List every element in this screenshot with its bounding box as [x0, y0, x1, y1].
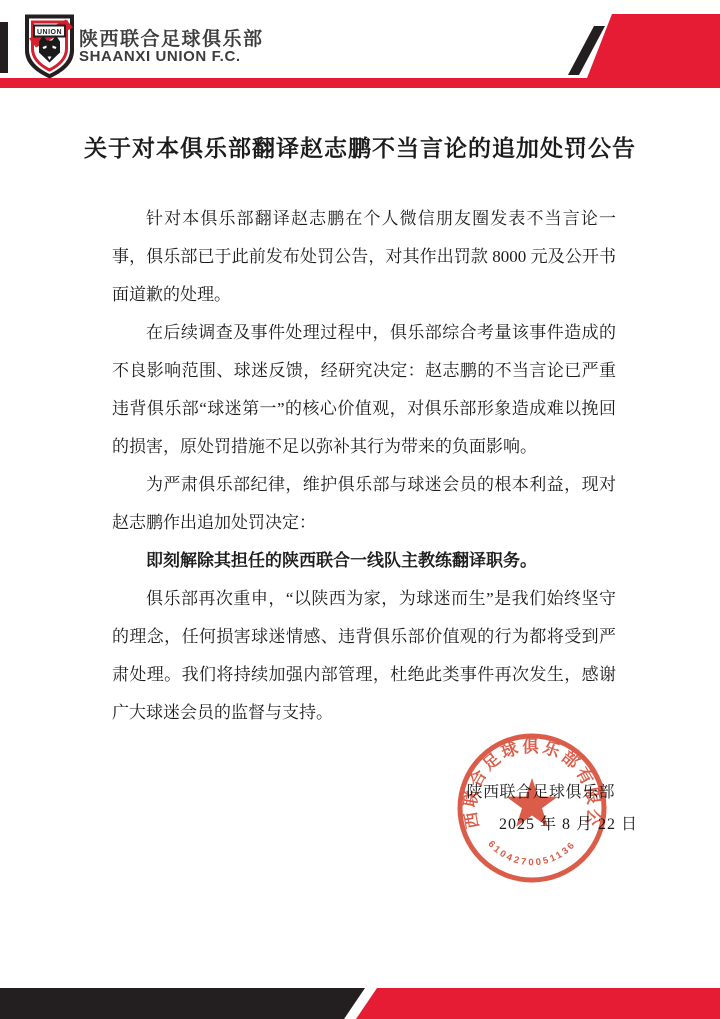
- footer-red-diagonal: [356, 988, 720, 1019]
- seal-star-icon: [506, 778, 557, 827]
- announcement-title: 关于对本俱乐部翻译赵志鹏不当言论的追加处罚公告: [0, 130, 720, 163]
- crest-banner-text: UNION: [37, 29, 62, 36]
- paragraph-2: 在后续调查及事件处理过程中，俱乐部综合考量该事件造成的不良影响范围、球迷反馈，经…: [112, 314, 616, 466]
- header-red-bar: [0, 78, 720, 88]
- resolution-statement: 即刻解除其担任的陕西联合一线队主教练翻译职务。: [112, 542, 616, 580]
- club-name-english: SHAANXI UNION F.C.: [79, 48, 241, 65]
- club-name-chinese: 陕西联合足球俱乐部: [79, 24, 264, 51]
- left-black-tab: [0, 22, 8, 73]
- seal-number-text: 6104270051136: [485, 839, 578, 868]
- announcement-body: 针对本俱乐部翻译赵志鹏在个人微信朋友圈发表不当言论一事，俱乐部已于此前发布处罚公…: [112, 200, 616, 732]
- announcement-page: UNION 陕西联合足球俱乐部 SHAANXI UNION F.C. 关于对本俱…: [0, 0, 720, 1019]
- official-seal-stamp: 陕西联合足球俱乐部有限公司 6104270051136: [447, 723, 617, 893]
- paragraph-3: 为严肃俱乐部纪律，维护俱乐部与球迷会员的根本利益，现对赵志鹏作出追加处罚决定：: [112, 466, 616, 542]
- header-red-diagonal: [587, 14, 720, 78]
- club-crest-logo: UNION: [22, 12, 77, 80]
- paragraph-1: 针对本俱乐部翻译赵志鹏在个人微信朋友圈发表不当言论一事，俱乐部已于此前发布处罚公…: [112, 200, 616, 314]
- footer-stripes: [0, 985, 720, 1019]
- footer-black-diagonal: [0, 988, 365, 1019]
- closing-paragraph: 俱乐部再次重申，“以陕西为家，为球迷而生”是我们始终坚守的理念，任何损害球迷情感…: [112, 580, 616, 732]
